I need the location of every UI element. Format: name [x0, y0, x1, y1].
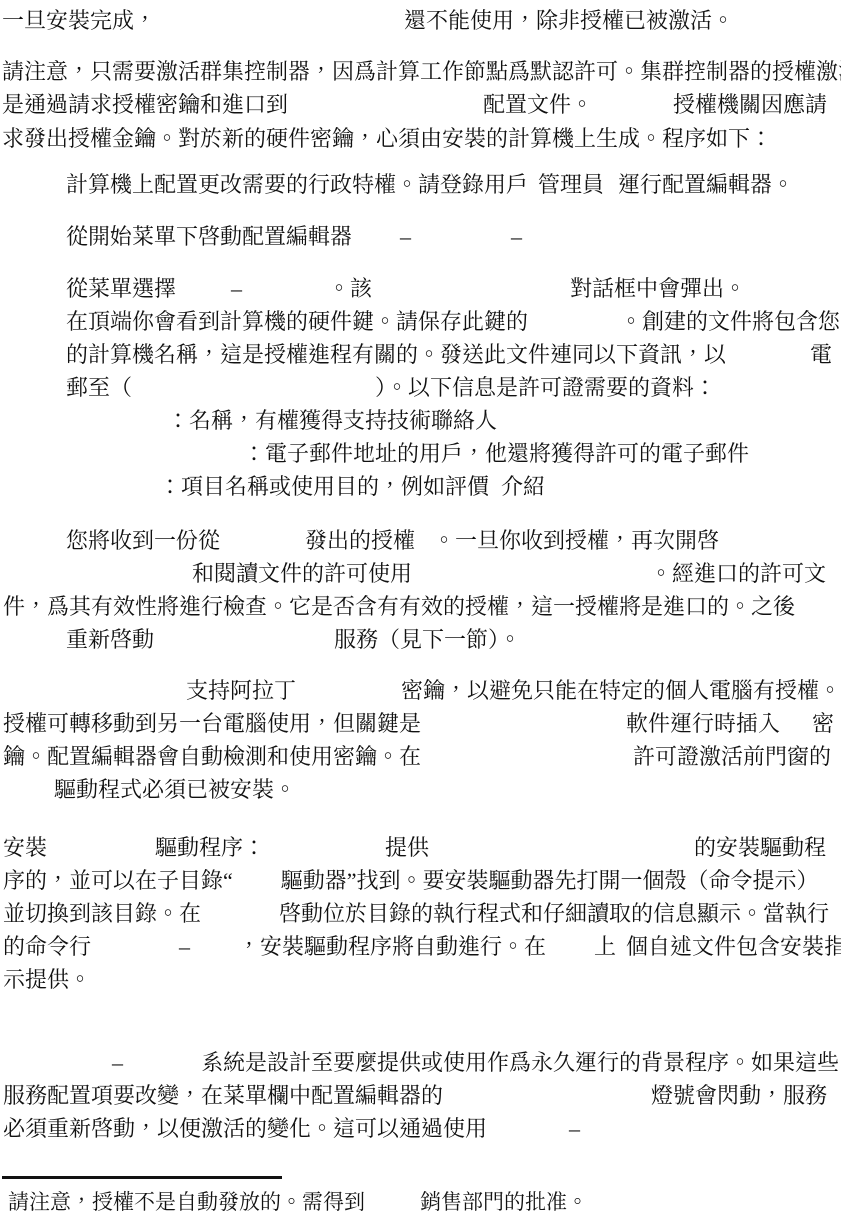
- text-segment: 和閱讀文件的許可使用: [192, 559, 412, 589]
- text-gap: [156, 6, 404, 7]
- text-segment: –: [511, 222, 522, 252]
- text-segment: 的計算機名稱，這是授權進程有關的。發送此文件連同以下資訊，以: [66, 340, 726, 370]
- text-line: 並切換到該目錄。在啓動位於目錄的執行程式和仔細讀取的信息顯示。當執行: [3, 899, 829, 929]
- text-gap: [593, 90, 673, 91]
- text-gap: [265, 833, 385, 834]
- text-gap: [365, 1188, 420, 1189]
- text-line: 是通過請求授權密鑰和進口到配置文件。授權機關因應請: [2, 90, 827, 120]
- text-line: 求發出授權金鑰。對於新的硬件密鑰，心須由安裝的計算機上生成。程序如下：: [2, 124, 772, 154]
- text-segment: ：項目名稱或使用目的，例如評價: [159, 472, 489, 502]
- text-gap: [429, 833, 694, 834]
- text-line: ：電子郵件地址的用戶，他還將獲得許可的電子郵件: [243, 439, 749, 469]
- text-segment: –: [400, 222, 411, 252]
- text-gap: [176, 274, 231, 275]
- text-line: 必須重新啓動，以便激活的變化。這可以通過使用–: [3, 1114, 580, 1144]
- text-segment: ）。以下信息是許可證需要的資料：: [375, 373, 716, 403]
- text-segment: 。該: [328, 274, 372, 304]
- text-segment: 支持阿拉丁: [186, 676, 296, 706]
- text-gap: [220, 526, 305, 527]
- text-line: 鑰。配置編輯器會自動檢測和使用密鑰。在許可證激活前門窗的: [3, 742, 831, 772]
- text-gap: [288, 90, 483, 91]
- text-line: 的計算機名稱，這是授權進程有關的。發送此文件連同以下資訊，以電: [66, 340, 832, 370]
- text-segment: 系統是設計至要麼提供或使用作爲永久運行的背景程序。如果這些: [201, 1048, 839, 1078]
- text-line: 序的，並可以在子目錄“驅動器”找到。要安裝驅動器先打開一個殼（命令提示）: [3, 866, 819, 896]
- text-segment: 鑰。配置編輯器會自動檢測和使用密鑰。在: [3, 742, 421, 772]
- text-gap: [132, 373, 375, 374]
- text-gap: [421, 709, 626, 710]
- text-segment: 在頂端你會看到計算機的硬件鍵。請保存此鍵的: [66, 307, 528, 337]
- text-line: ：項目名稱或使用目的，例如評價介紹: [159, 472, 545, 502]
- text-line: 請注意，只需要激活群集控制器，因爲計算工作節點爲默認許可。集群控制器的授權激活: [2, 57, 841, 87]
- text-gap: [190, 932, 238, 933]
- text-segment: 驅動程序：: [155, 833, 265, 863]
- text-segment: 提供: [385, 833, 429, 863]
- text-segment: 請注意，只需要激活群集控制器，因爲計算工作節點爲默認許可。集群控制器的授權激活: [2, 57, 841, 87]
- text-line: –系統是設計至要麼提供或使用作爲永久運行的背景程序。如果這些: [112, 1048, 839, 1078]
- text-segment: 啓動位於目錄的執行程式和仔細讀取的信息顯示。當執行: [279, 899, 829, 929]
- text-line: 一旦安裝完成，還不能使用，除非授權已被激活。: [2, 6, 734, 36]
- text-line: 件，爲其有效性將進行檢查。它是否含有有效的授權，這一授權將是進口的。之後: [3, 592, 795, 622]
- text-segment: 上: [594, 932, 616, 962]
- text-segment: ，安裝驅動程序將自動進行。在: [238, 932, 546, 962]
- text-line: 示提供。: [3, 965, 91, 995]
- text-gap: [489, 472, 501, 473]
- text-segment: 安裝: [3, 833, 47, 863]
- text-segment: ：名稱，有權獲得支持技術聯絡人: [167, 406, 497, 436]
- text-gap: [411, 222, 511, 223]
- text-segment: 驅動器”找到。要安裝驅動器先打開一個殼（命令提示）: [281, 866, 819, 896]
- text-gap: [242, 274, 328, 275]
- text-gap: [415, 526, 433, 527]
- text-segment: 服務（見下一節）。: [334, 625, 521, 655]
- text-segment: 序的，並可以在子目錄“: [3, 866, 233, 896]
- text-segment: 並切換到該目錄。在: [3, 899, 201, 929]
- footnote-divider: [2, 1176, 282, 1179]
- text-segment: 是通過請求授權密鑰和進口到: [2, 90, 288, 120]
- text-gap: [616, 932, 626, 933]
- text-gap: [546, 932, 594, 933]
- text-segment: 。一旦你收到授權，再次開啓: [433, 526, 719, 556]
- text-gap: [201, 899, 279, 900]
- text-segment: 重新啓動: [66, 625, 154, 655]
- text-segment: 運行配置編輯器。: [618, 170, 794, 200]
- text-segment: 請注意，授權不是自動發放的。需得到: [8, 1188, 365, 1215]
- text-segment: 電: [810, 340, 832, 370]
- text-segment: 一旦安裝完成，: [2, 6, 156, 36]
- text-segment: 管理員: [538, 170, 604, 200]
- text-segment: –: [112, 1048, 123, 1078]
- text-gap: [421, 742, 633, 743]
- text-gap: [443, 1081, 651, 1082]
- text-segment: 的安裝驅動程: [694, 833, 826, 863]
- text-segment: 軟件運行時插入: [626, 709, 780, 739]
- footnote-line: 請注意，授權不是自動發放的。需得到銷售部門的批准。: [8, 1188, 588, 1215]
- text-line: 服務配置項要改變，在菜單欄中配置編輯器的燈號會閃動，服務: [3, 1081, 827, 1111]
- text-segment: 求發出授權金鑰。對於新的硬件密鑰，心須由安裝的計算機上生成。程序如下：: [2, 124, 772, 154]
- text-segment: 從開始菜單下啓動配置編輯器: [66, 222, 352, 252]
- text-gap: [412, 559, 650, 560]
- text-segment: 件，爲其有效性將進行檢查。它是否含有有效的授權，這一授權將是進口的。之後: [3, 592, 795, 622]
- text-segment: 授權機關因應請: [673, 90, 827, 120]
- text-line: 計算機上配置更改需要的行政特權。請登錄用戶管理員運行配置編輯器。: [66, 170, 794, 200]
- text-segment: 示提供。: [3, 965, 91, 995]
- text-segment: ：電子郵件地址的用戶，他還將獲得許可的電子郵件: [243, 439, 749, 469]
- text-line: 重新啓動服務（見下一節）。: [66, 625, 521, 655]
- text-segment: 必須重新啓動，以便激活的變化。這可以通過使用: [3, 1114, 487, 1144]
- text-line: ：名稱，有權獲得支持技術聯絡人: [167, 406, 497, 436]
- text-segment: –: [231, 274, 242, 304]
- text-segment: 介紹: [501, 472, 545, 502]
- text-gap: [780, 709, 812, 710]
- text-line: 的命令行–，安裝驅動程序將自動進行。在上個自述文件包含安裝指: [3, 932, 841, 962]
- text-segment: 個自述文件包含安裝指: [626, 932, 841, 962]
- text-line: 和閱讀文件的許可使用。經進口的許可文: [192, 559, 826, 589]
- text-line: 支持阿拉丁密鑰，以避免只能在特定的個人電腦有授權。: [186, 676, 841, 706]
- text-segment: 郵至（: [66, 373, 132, 403]
- text-gap: [352, 222, 400, 223]
- text-segment: 從菜單選擇: [66, 274, 176, 304]
- text-gap: [47, 833, 155, 834]
- text-segment: –: [179, 932, 190, 962]
- text-line: 您將收到一份從發出的授權。一旦你收到授權，再次開啓: [66, 526, 719, 556]
- text-line: 在頂端你會看到計算機的硬件鍵。請保存此鍵的。創建的文件將包含您: [66, 307, 840, 337]
- text-segment: 的命令行: [3, 932, 91, 962]
- text-gap: [233, 866, 281, 867]
- text-segment: 授權可轉移動到另一台電腦使用，但關鍵是: [3, 709, 421, 739]
- text-segment: –: [569, 1114, 580, 1144]
- text-segment: 許可證激活前門窗的: [633, 742, 831, 772]
- text-line: 安裝驅動程序：提供的安裝驅動程: [3, 833, 826, 863]
- text-gap: [372, 274, 570, 275]
- text-segment: 密: [812, 709, 834, 739]
- text-gap: [154, 625, 334, 626]
- text-segment: 對話框中會彈出。: [570, 274, 746, 304]
- document-page: 一旦安裝完成，還不能使用，除非授權已被激活。請注意，只需要激活群集控制器，因爲計…: [0, 0, 841, 1215]
- text-gap: [91, 932, 179, 933]
- text-line: 授權可轉移動到另一台電腦使用，但關鍵是軟件運行時插入密: [3, 709, 834, 739]
- text-gap: [726, 340, 810, 341]
- text-segment: 驅動程式必須已被安裝。: [54, 775, 296, 805]
- text-segment: 配置文件。: [483, 90, 593, 120]
- text-line: 驅動程式必須已被安裝。: [54, 775, 296, 805]
- text-segment: 燈號會閃動，服務: [651, 1081, 827, 1111]
- text-gap: [487, 1114, 569, 1115]
- text-segment: 計算機上配置更改需要的行政特權。請登錄用戶: [66, 170, 528, 200]
- text-segment: 銷售部門的批准。: [420, 1188, 588, 1215]
- text-segment: 還不能使用，除非授權已被激活。: [404, 6, 734, 36]
- text-line: 郵至（）。以下信息是許可證需要的資料：: [66, 373, 716, 403]
- text-segment: 您將收到一份從: [66, 526, 220, 556]
- text-segment: 。經進口的許可文: [650, 559, 826, 589]
- text-segment: 服務配置項要改變，在菜單欄中配置編輯器的: [3, 1081, 443, 1111]
- text-gap: [528, 170, 538, 171]
- text-gap: [604, 170, 618, 171]
- text-segment: 密鑰，以避免只能在特定的個人電腦有授權。: [401, 676, 841, 706]
- text-segment: 發出的授權: [305, 526, 415, 556]
- text-gap: [296, 676, 401, 677]
- text-segment: 。創建的文件將包含您: [620, 307, 840, 337]
- text-line: 從開始菜單下啓動配置編輯器––: [66, 222, 522, 252]
- text-gap: [123, 1048, 201, 1049]
- text-gap: [528, 307, 620, 308]
- text-line: 從菜單選擇–。該對話框中會彈出。: [66, 274, 746, 304]
